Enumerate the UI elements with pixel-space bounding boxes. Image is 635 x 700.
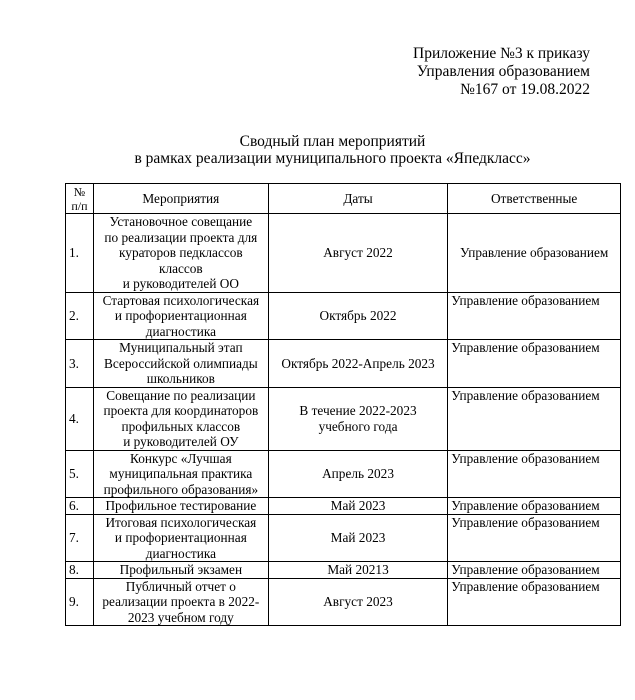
row-number: 9.: [66, 578, 94, 626]
appendix-line: Управления образованием: [413, 63, 590, 81]
date-cell: Октябрь 2022: [268, 292, 448, 340]
table-row: 5.Конкурс «Лучшая муниципальная практика…: [66, 450, 621, 498]
row-number: 4.: [66, 387, 94, 450]
row-number: 3.: [66, 340, 94, 388]
event-cell: Публичный отчет о реализации проекта в 2…: [93, 578, 268, 626]
date-cell: Май 2023: [268, 514, 448, 562]
header-events: Мероприятия: [93, 184, 268, 214]
header-number: № п/п: [66, 184, 94, 214]
responsible-cell: Управление образованием: [448, 514, 621, 562]
appendix-line: Приложение №3 к приказу: [413, 45, 590, 63]
date-cell: Август 2022: [268, 214, 448, 293]
event-cell: Стартовая психологическая и профориентац…: [93, 292, 268, 340]
responsible-cell: Управление образованием: [448, 214, 621, 293]
event-cell: Профильный экзамен: [93, 562, 268, 579]
event-cell: Установочное совещание по реализации про…: [93, 214, 268, 293]
table-row: 4.Совещание по реализации проекта для ко…: [66, 387, 621, 450]
row-number: 6.: [66, 498, 94, 515]
events-plan-table: № п/п Мероприятия Даты Ответственные 1.У…: [65, 183, 621, 626]
table-row: 8.Профильный экзаменМай 20213Управление …: [66, 562, 621, 579]
title-line-1: Сводный план мероприятий: [0, 133, 635, 150]
date-cell: Апрель 2023: [268, 450, 448, 498]
appendix-header: Приложение №3 к приказу Управления образ…: [413, 45, 590, 99]
title-line-2: в рамках реализации муниципального проек…: [0, 150, 635, 167]
responsible-cell: Управление образованием: [448, 498, 621, 515]
date-cell: Май 2023: [268, 498, 448, 515]
row-number: 1.: [66, 214, 94, 293]
event-cell: Совещание по реализации проекта для коор…: [93, 387, 268, 450]
table-row: 9.Публичный отчет о реализации проекта в…: [66, 578, 621, 626]
document-title: Сводный план мероприятий в рамках реализ…: [0, 133, 635, 167]
table-header-row: № п/п Мероприятия Даты Ответственные: [66, 184, 621, 214]
responsible-cell: Управление образованием: [448, 450, 621, 498]
table-row: 3.Муниципальный этап Всероссийской олимп…: [66, 340, 621, 388]
table-row: 7.Итоговая психологическая и профориента…: [66, 514, 621, 562]
date-cell: Октябрь 2022-Апрель 2023: [268, 340, 448, 388]
header-dates: Даты: [268, 184, 448, 214]
event-cell: Профильное тестирование: [93, 498, 268, 515]
table-row: 6.Профильное тестированиеМай 2023Управле…: [66, 498, 621, 515]
row-number: 5.: [66, 450, 94, 498]
event-cell: Конкурс «Лучшая муниципальная практика п…: [93, 450, 268, 498]
responsible-cell: Управление образованием: [448, 292, 621, 340]
event-cell: Муниципальный этап Всероссийской олимпиа…: [93, 340, 268, 388]
responsible-cell: Управление образованием: [448, 578, 621, 626]
table-row: 1.Установочное совещание по реализации п…: [66, 214, 621, 293]
header-responsible: Ответственные: [448, 184, 621, 214]
responsible-cell: Управление образованием: [448, 340, 621, 388]
responsible-cell: Управление образованием: [448, 562, 621, 579]
table-row: 2.Стартовая психологическая и профориент…: [66, 292, 621, 340]
event-cell: Итоговая психологическая и профориентаци…: [93, 514, 268, 562]
appendix-line: №167 от 19.08.2022: [413, 81, 590, 99]
date-cell: Май 20213: [268, 562, 448, 579]
responsible-cell: Управление образованием: [448, 387, 621, 450]
row-number: 2.: [66, 292, 94, 340]
row-number: 8.: [66, 562, 94, 579]
date-cell: В течение 2022-2023 учебного года: [268, 387, 448, 450]
row-number: 7.: [66, 514, 94, 562]
date-cell: Август 2023: [268, 578, 448, 626]
